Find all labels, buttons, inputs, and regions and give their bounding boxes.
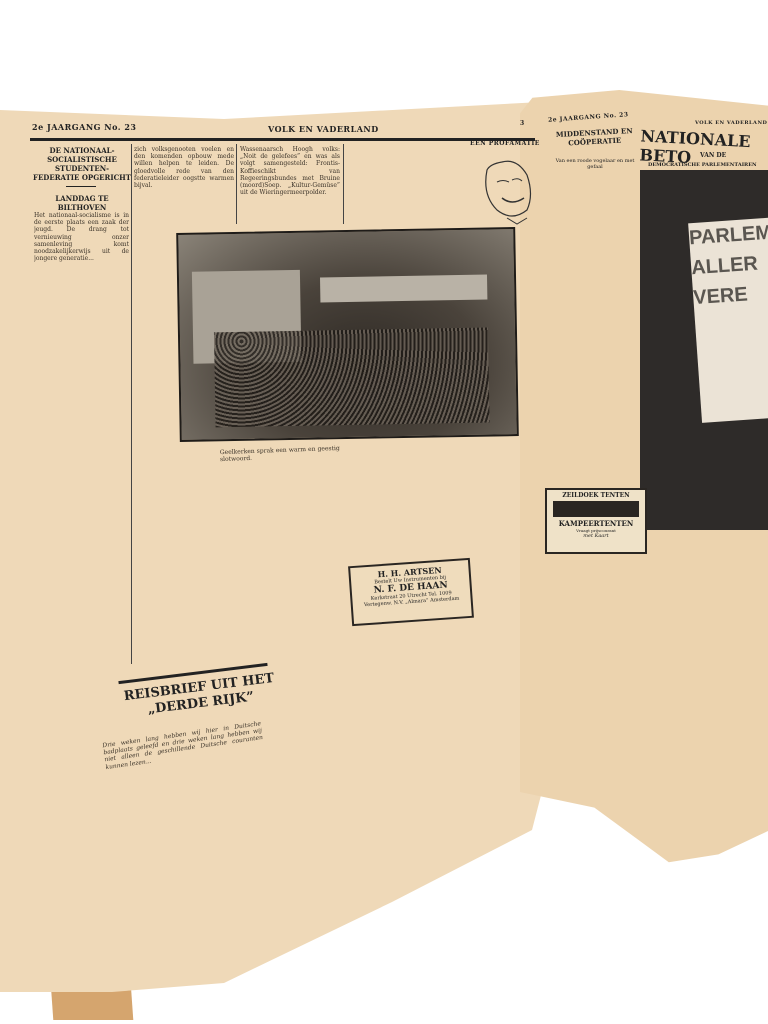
header-rule xyxy=(30,138,535,141)
photo-caption: Geelkerken sprak een warm en geestig slo… xyxy=(220,445,341,469)
middenstand-subheadline: Van een roode vogelaar en met gefaal xyxy=(555,158,635,170)
photo-crowd xyxy=(213,328,489,427)
feature-sub-2: DEMOCRATISCHE PARLEMENTAIREN xyxy=(648,162,757,168)
tent-ad-line-2: KAMPEERTENTEN xyxy=(547,519,645,528)
column-rule xyxy=(131,144,132,664)
assembly-photo xyxy=(176,227,519,442)
cartoon-title: EEN PROFAMATIE xyxy=(470,140,540,147)
tent-illustration xyxy=(553,501,639,517)
photo-balcony xyxy=(320,275,488,303)
newspaper-title-left: VOLK EN VADERLAND xyxy=(268,124,379,134)
column-3-text: Wassenaarsch Hoogh volks: „Noit de gelef… xyxy=(240,146,340,226)
sign-line-3: VERE xyxy=(692,277,768,313)
column-rule xyxy=(343,144,344,224)
tent-ad-line-4: met Kaart xyxy=(547,533,645,539)
tent-ad-line-1: ZEILDOEK TENTEN xyxy=(547,492,645,499)
protest-sign: PARLEMEN ALLER VERE xyxy=(688,217,768,423)
sign-line-2: ALLER xyxy=(690,247,768,283)
lead-subheadline: LANDDAG TE BILTHOVEN xyxy=(32,194,132,212)
newspaper-photo: 2e JAARGANG No. 23 VOLK EN VADERLAND 3 D… xyxy=(0,0,768,1024)
divider xyxy=(66,186,96,187)
lead-body: Het nationaal-socialisme is in de eerste… xyxy=(34,212,129,652)
page-number: 3 xyxy=(520,120,525,127)
feature-sub-1: VAN DE xyxy=(700,152,726,159)
issue-label-left: 2e JAARGANG No. 23 xyxy=(32,122,136,132)
column-rule xyxy=(236,144,237,224)
feature-photo: PARLEMEN ALLER VERE xyxy=(640,170,768,530)
advertisement-artsen: H. H. ARTSEN Bestelt Uw Instrumenten bij… xyxy=(348,558,474,626)
column-2-text: zich volksgenooten voelen en den komende… xyxy=(134,146,234,226)
caricature-icon xyxy=(472,150,542,230)
lead-headline: DE NATIONAAL-SOCIALISTISCHE STUDENTEN-FE… xyxy=(32,146,132,182)
advertisement-tents: ZEILDOEK TENTEN KAMPEERTENTEN Vraagt pri… xyxy=(545,488,647,554)
newspaper-title-right: VOLK EN VADERLAND xyxy=(695,120,767,126)
